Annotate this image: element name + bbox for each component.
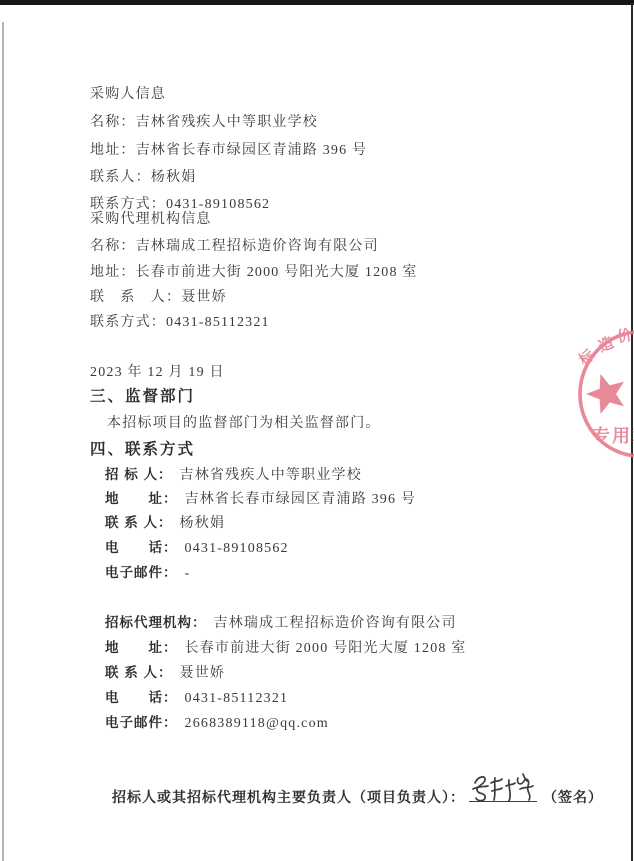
purchaser-info-heading: 采购人信息: [90, 83, 166, 103]
bidder-address-value: 吉林省长春市绿园区青浦路 396 号: [185, 488, 417, 508]
signature-line-suffix: （签名）: [543, 787, 603, 807]
agent-phone-value: 0431-85112321: [185, 691, 289, 707]
bidder-contact-label: 联 系 人：: [105, 511, 173, 531]
signature-scribble-icon: [469, 771, 539, 805]
agent-email-label: 电子邮件：: [105, 711, 178, 731]
bidder-name-label: 招 标 人：: [105, 463, 173, 483]
bidder-row-contact: 联 系 人： 杨秋娟: [105, 511, 225, 532]
bidder-phone-value: 0431-89108562: [185, 541, 289, 557]
seal-arc-char-2: 造: [596, 333, 617, 355]
purchaser-address: 地址：吉林省长春市绿园区青浦路 396 号: [90, 139, 367, 159]
agent-row-contact: 联 系 人： 聂世娇: [105, 661, 225, 682]
bidder-phone-label: 电 话：: [105, 536, 178, 556]
scan-edge-right: [631, 5, 633, 861]
agent-address-label: 地 址：: [105, 636, 178, 656]
agent-address-value: 长春市前进大街 2000 号阳光大厦 1208 室: [185, 637, 467, 657]
bidder-row-phone: 电 话： 0431-89108562: [105, 536, 289, 557]
purchaser-name: 名称：吉林省残疾人中等职业学校: [90, 111, 318, 131]
bidder-name-value: 吉林省残疾人中等职业学校: [180, 464, 362, 484]
handwritten-signature: [469, 786, 537, 802]
scan-edge-left: [2, 22, 4, 861]
seal-bottom-text: 专用章: [592, 425, 634, 446]
seal-star-icon: [581, 368, 631, 417]
company-seal-stamp: 标 造 价 专用章: [560, 315, 634, 485]
bidder-address-label: 地 址：: [105, 487, 178, 507]
scan-edge-top: [0, 0, 634, 5]
bidder-row-address: 地 址： 吉林省长春市绿园区青浦路 396 号: [105, 487, 416, 508]
agent-row-email: 电子邮件： 2668389118@qq.com: [105, 711, 329, 732]
bidder-email-value: -: [185, 566, 191, 582]
agent-row-phone: 电 话： 0431-85112321: [105, 686, 288, 707]
seal-ring: [580, 332, 634, 456]
seal-arc-char-1: 标: [575, 346, 599, 370]
section3-body: 本招标项目的监督部门为相关监督部门。: [107, 412, 381, 432]
bidder-contact-value: 杨秋娟: [180, 512, 226, 532]
agency-phone: 联系方式：0431-85112321: [90, 311, 270, 331]
responsible-person-signature-line: 招标人或其招标代理机构主要负责人（项目负责人）： （签名）: [112, 786, 603, 807]
section4-heading: 四、联系方式: [90, 437, 195, 459]
agent-name-label: 招标代理机构：: [105, 611, 207, 631]
agent-row-address: 地 址： 长春市前进大街 2000 号阳光大厦 1208 室: [105, 636, 467, 657]
agent-row-name: 招标代理机构： 吉林瑞成工程招标造价咨询有限公司: [105, 611, 457, 632]
bidder-email-label: 电子邮件：: [105, 561, 178, 581]
purchaser-contact: 联系人：杨秋娟: [90, 166, 196, 186]
agency-address: 地址：长春市前进大街 2000 号阳光大厦 1208 室: [90, 261, 418, 281]
agent-name-value: 吉林瑞成工程招标造价咨询有限公司: [214, 612, 457, 632]
agent-phone-label: 电 话：: [105, 686, 178, 706]
section3-heading: 三、监督部门: [90, 384, 195, 406]
signature-line-prefix: 招标人或其招标代理机构主要负责人（项目负责人）：: [112, 787, 465, 807]
scanned-document-page: 采购人信息 名称：吉林省残疾人中等职业学校 地址：吉林省长春市绿园区青浦路 39…: [0, 0, 634, 861]
agent-contact-value: 聂世娇: [180, 662, 226, 682]
agent-email-value: 2668389118@qq.com: [185, 716, 329, 732]
agency-contact: 联 系 人：聂世娇: [90, 286, 227, 306]
bidder-row-email: 电子邮件： -: [105, 561, 190, 582]
bidder-row-name: 招 标 人： 吉林省残疾人中等职业学校: [105, 463, 362, 484]
agency-info-heading: 采购代理机构信息: [90, 208, 212, 228]
document-date: 2023 年 12 月 19 日: [90, 361, 225, 381]
agency-name: 名称：吉林瑞成工程招标造价咨询有限公司: [90, 235, 379, 255]
agent-contact-label: 联 系 人：: [105, 661, 173, 681]
